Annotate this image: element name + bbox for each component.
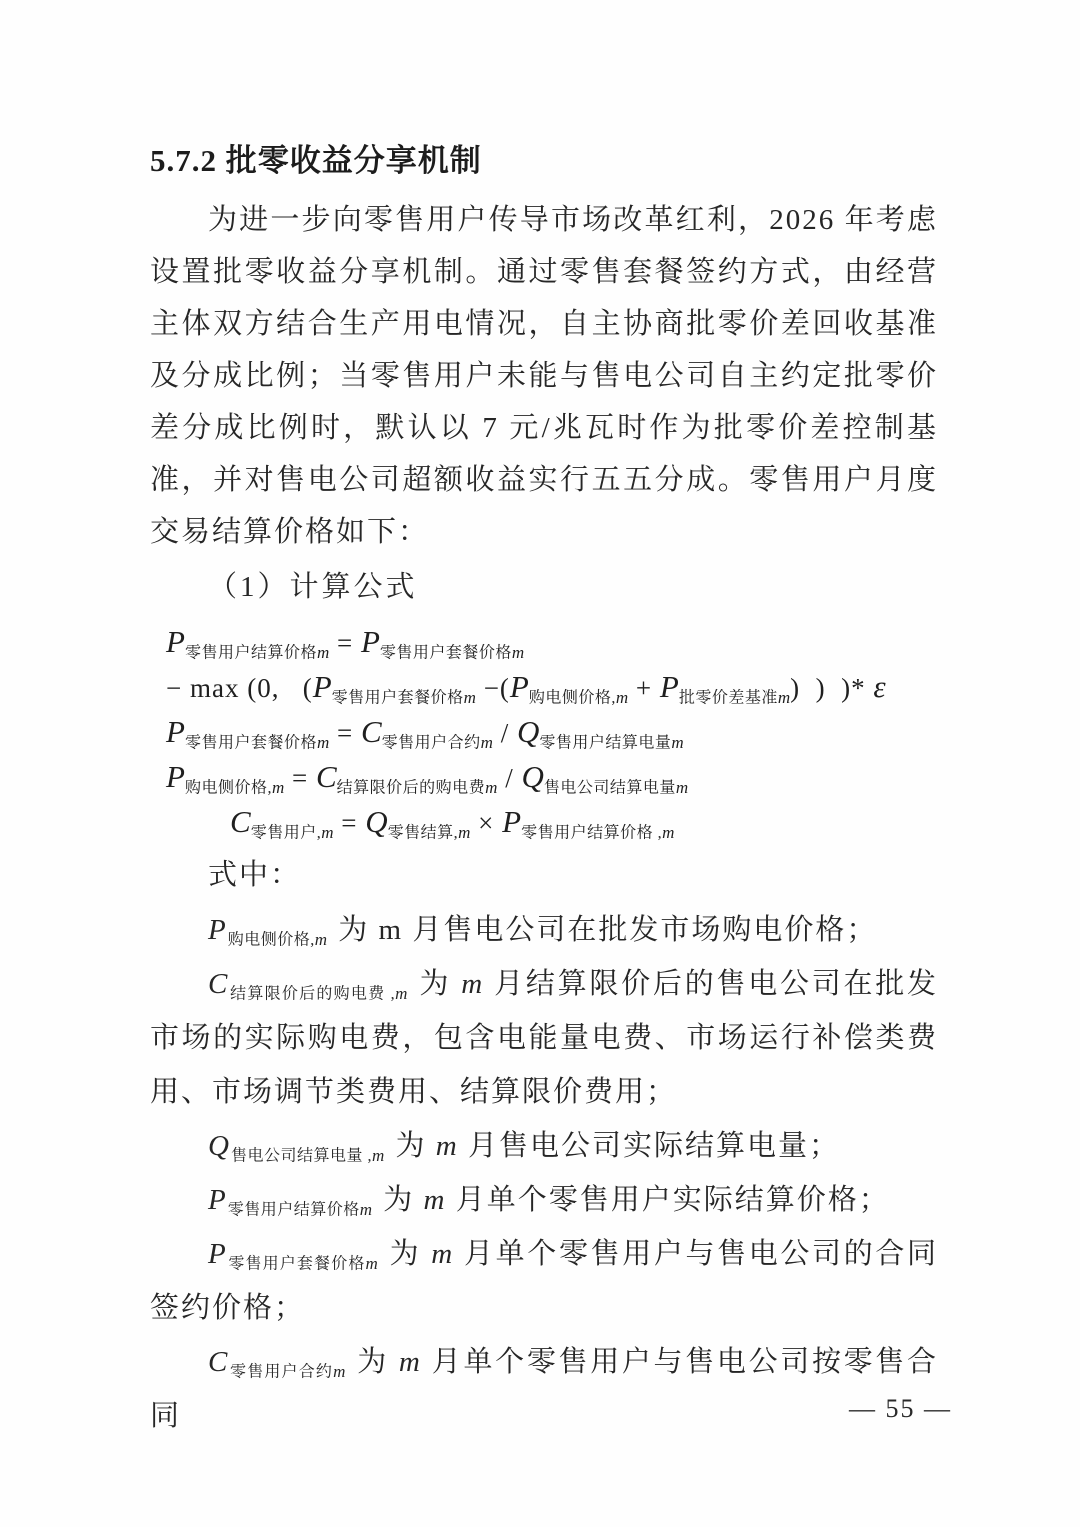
formula-subscript-index: m xyxy=(616,688,628,707)
formula-subscript-index: m xyxy=(512,643,524,662)
variable-definition: C结算限价后的购电费 ,m 为 m 月结算限价后的售电公司在批发市场的实际购电费… xyxy=(150,957,938,1119)
formula-variable: Q xyxy=(365,804,387,839)
text-run: 月单个零售用户实际结算价格； xyxy=(446,1184,889,1216)
formula-line: − max (0, (P零售用户套餐价格m −(P购电侧价格,m + P批零价差… xyxy=(150,665,938,710)
formula-subscript-index: m xyxy=(676,778,688,797)
variable-definition: Q售电公司结算电量 ,m 为 m 月售电公司实际结算电量； xyxy=(150,1119,938,1173)
formula-subscript: 零售结算, xyxy=(388,824,459,841)
formula-subscript: 零售用户套餐价格 xyxy=(380,644,512,661)
text-run: 月售电公司实际结算电量； xyxy=(459,1130,840,1162)
formula-subscript: 结算限价后的购电费 , xyxy=(229,985,395,1002)
formula-variable: ε xyxy=(873,669,885,704)
formula-subscript-index: m xyxy=(317,643,329,662)
formula-variable: m xyxy=(461,968,484,1000)
formula-subscript-index: m xyxy=(321,823,333,842)
formula-subscript-index: m xyxy=(671,733,683,752)
formula-subscript: 零售用户结算价格 xyxy=(185,644,317,661)
formula-variable: C xyxy=(208,968,229,1000)
formula-variable: P xyxy=(166,759,185,794)
formula-variable: P xyxy=(166,714,185,749)
variable-definition: C零售用户合约m 为 m 月单个零售用户与售电公司按零售合同 xyxy=(150,1335,938,1443)
intro-paragraph: 为进一步向零售用户传导市场改革红利，2026 年考虑设置批零收益分享机制。通过零… xyxy=(150,194,938,558)
formula-subscript: 零售用户结算价格 xyxy=(228,1201,360,1218)
formula-variable: C xyxy=(230,804,251,839)
formula-subscript: 零售用户合约 xyxy=(229,1363,333,1380)
formula-subscript: 零售用户套餐价格 xyxy=(228,1255,366,1272)
text-run: 月单个零售用户与售电公司的合同签约价格； xyxy=(150,1238,938,1324)
formula-subscript: 购电侧价格, xyxy=(185,779,272,796)
formula-variable: P xyxy=(208,1184,228,1216)
variable-definition: P购电侧价格,m 为 m 月售电公司在批发市场购电价格； xyxy=(150,903,938,957)
formula-subscript: 购电侧价格, xyxy=(228,931,315,948)
formula-subscript-index: m xyxy=(662,823,674,842)
formula-subscript-index: m xyxy=(464,688,476,707)
formula-variable: m xyxy=(399,1346,422,1378)
text-run: 为 m 月售电公司在批发市场购电价格； xyxy=(329,914,877,946)
formula-operator: = xyxy=(329,628,361,658)
formula-variable: P xyxy=(208,1238,228,1270)
variable-definition: P零售用户套餐价格m 为 m 月单个零售用户与售电公司的合同签约价格； xyxy=(150,1227,938,1335)
text-run: 为 xyxy=(409,968,461,1000)
formula-subscript: 批零价差基准 xyxy=(679,689,778,706)
text-run: 月单个零售用户与售电公司按零售合同 xyxy=(150,1346,938,1432)
formula-variable: m xyxy=(436,1130,459,1162)
formula-operator: + xyxy=(628,673,660,703)
formula-subscript: 结算限价后的购电费 xyxy=(337,779,486,796)
formula-operator: −( xyxy=(476,673,510,703)
formula-variable: Q xyxy=(517,714,539,749)
text-run: 为 xyxy=(347,1346,399,1378)
formula-variable: m xyxy=(424,1184,447,1216)
formula-variable: P xyxy=(166,624,185,659)
formula-block: P零售用户结算价格m = P零售用户套餐价格m− max (0, (P零售用户套… xyxy=(150,620,938,845)
formula-operator: / xyxy=(493,718,517,748)
formula-subscript: 零售用户结算电量 xyxy=(539,734,671,751)
variable-definition: P零售用户结算价格m 为 m 月单个零售用户实际结算价格； xyxy=(150,1173,938,1227)
formula-subscript: 零售用户套餐价格 xyxy=(332,689,464,706)
formula-variable: Q xyxy=(208,1130,231,1162)
definitions-block: P购电侧价格,m 为 m 月售电公司在批发市场购电价格；C结算限价后的购电费 ,… xyxy=(150,903,938,1443)
calc-formula-label: （1）计算公式 xyxy=(150,560,938,614)
where-label: 式中： xyxy=(150,847,938,903)
formula-subscript: 售电公司结算电量 , xyxy=(231,1147,372,1164)
formula-line: P零售用户套餐价格m = C零售用户合约m / Q零售用户结算电量m xyxy=(150,710,938,755)
formula-subscript-index: m xyxy=(485,778,497,797)
formula-variable: P xyxy=(313,669,332,704)
formula-subscript-index: m xyxy=(365,1254,379,1273)
text-run: 为 xyxy=(380,1238,431,1270)
formula-operator: = xyxy=(284,763,316,793)
formula-operator: = xyxy=(329,718,361,748)
formula-variable: P xyxy=(502,804,521,839)
formula-operator: = xyxy=(333,808,365,838)
formula-subscript-index: m xyxy=(272,778,284,797)
section-heading: 5.7.2 批零收益分享机制 xyxy=(150,138,938,184)
formula-subscript-index: m xyxy=(317,733,329,752)
formula-line: P购电侧价格,m = C结算限价后的购电费m / Q售电公司结算电量m xyxy=(150,755,938,800)
document-page: 5.7.2 批零收益分享机制 为进一步向零售用户传导市场改革红利，2026 年考… xyxy=(0,0,1080,1527)
formula-subscript-index: m xyxy=(360,1200,374,1219)
formula-subscript: 零售用户套餐价格 xyxy=(185,734,317,751)
formula-variable: C xyxy=(361,714,382,749)
formula-variable: P xyxy=(510,669,529,704)
formula-subscript-index: m xyxy=(372,1146,386,1165)
formula-variable: m xyxy=(431,1238,454,1270)
formula-variable: P xyxy=(660,669,679,704)
text-run: 为 xyxy=(374,1184,424,1216)
page-number: — 55 — xyxy=(849,1394,952,1424)
formula-subscript: 零售用户合约 xyxy=(382,734,481,751)
formula-subscript-index: m xyxy=(395,984,409,1003)
formula-subscript: 零售用户结算价格 , xyxy=(521,824,662,841)
formula-subscript: 售电公司结算电量 xyxy=(544,779,676,796)
formula-line: P零售用户结算价格m = P零售用户套餐价格m xyxy=(150,620,938,665)
text-run: 为 xyxy=(386,1130,436,1162)
formula-operator: − max (0, ( xyxy=(166,673,313,703)
formula-subscript-index: m xyxy=(458,823,470,842)
formula-subscript-index: m xyxy=(778,688,790,707)
formula-subscript-index: m xyxy=(315,930,329,949)
formula-variable: Q xyxy=(521,759,543,794)
formula-subscript-index: m xyxy=(481,733,493,752)
formula-subscript: 购电侧价格, xyxy=(529,689,616,706)
formula-line: C零售用户,m = Q零售结算,m × P零售用户结算价格 ,m xyxy=(150,800,938,845)
formula-operator: / xyxy=(497,763,521,793)
formula-variable: C xyxy=(316,759,337,794)
formula-variable: C xyxy=(208,1346,229,1378)
formula-subscript-index: m xyxy=(333,1362,347,1381)
formula-subscript: 零售用户, xyxy=(251,824,322,841)
formula-variable: P xyxy=(208,914,228,946)
formula-operator: × xyxy=(470,808,502,838)
formula-variable: P xyxy=(361,624,380,659)
formula-operator: ) ) )* xyxy=(790,673,873,703)
